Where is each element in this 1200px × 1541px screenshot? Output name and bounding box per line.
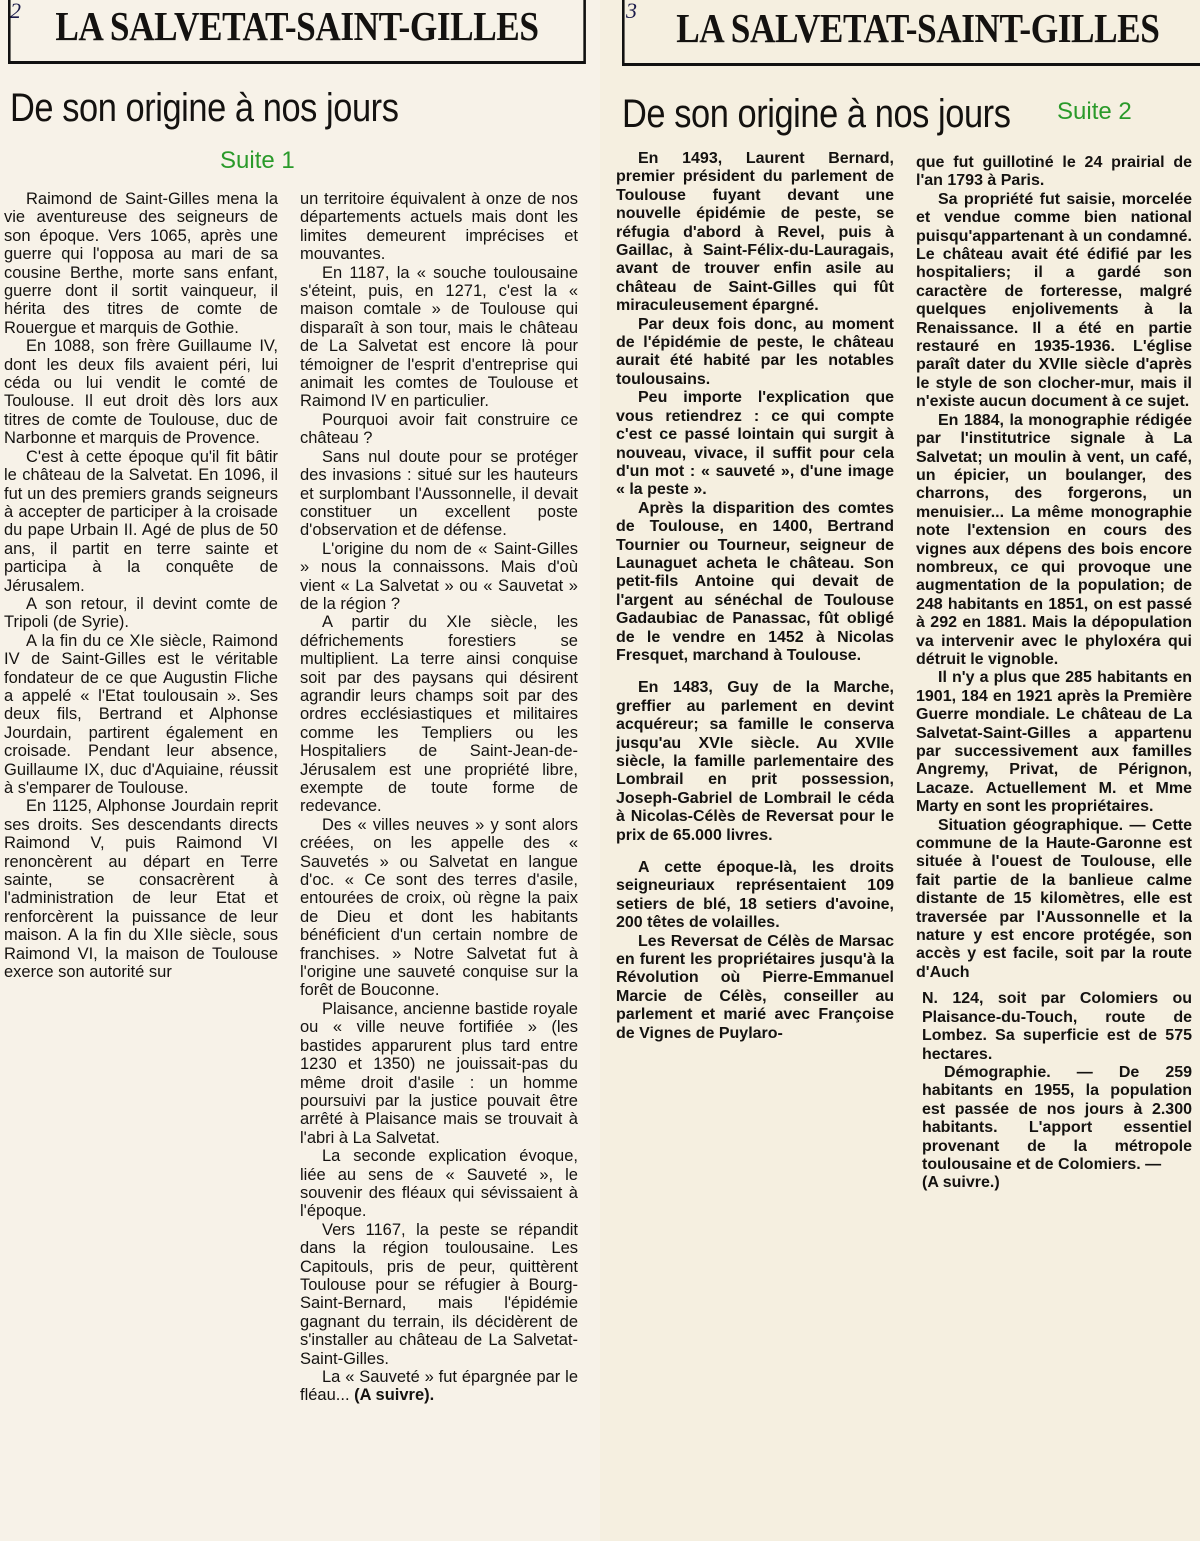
paragraph: En 1088, son frère Guillaume IV, dont le… <box>4 337 278 447</box>
paragraph: En 1483, Guy de la Marche, greffier au p… <box>616 679 894 845</box>
headline: De son origine à nos jours <box>622 92 1010 137</box>
paragraph: Les Reversat de Célès de Marsac en furen… <box>616 933 894 1043</box>
paragraph: Sa propriété fut saisie, morcelée et ven… <box>916 191 1192 412</box>
article-column-4: que fut guillotiné le 24 prairial de l'a… <box>916 154 1192 1193</box>
paragraph: Après la disparition des comtes de Toulo… <box>616 500 894 666</box>
suite-label: Suite 2 <box>1057 98 1132 126</box>
to-be-continued: (A suivre). <box>354 1386 434 1404</box>
paragraph: Plaisance, ancienne bastide royale ou « … <box>300 1000 578 1147</box>
paragraph: Raimond de Saint-Gilles mena la vie aven… <box>4 190 278 337</box>
paragraph: La « Sauveté » fut épargnée par le fléau… <box>300 1368 578 1405</box>
paragraph: A cette époque-là, les droits seigneuria… <box>616 859 894 933</box>
paragraph: N. 124, soit par Colomiers ou Plaisance-… <box>916 990 1192 1064</box>
paragraph: C'est à cette époque qu'il fit bâtir le … <box>4 448 278 595</box>
article-column-3: En 1493, Laurent Bernard, premier présid… <box>616 150 894 1043</box>
paragraph: En 1493, Laurent Bernard, premier présid… <box>616 150 894 316</box>
paragraph-text: La « Sauveté » fut épargnée par le fléau… <box>300 1368 578 1404</box>
paragraph: En 1125, Alphonse Jourdain reprit ses dr… <box>4 797 278 981</box>
paragraph: Démographie. — De 259 habitants en 1955,… <box>916 1064 1192 1174</box>
paragraph: un territoire équivalent à onze de nos d… <box>300 190 578 264</box>
paragraph: En 1187, la « souche toulousaine s'étein… <box>300 264 578 411</box>
paragraph: Situation géographique. — Cette commune … <box>916 817 1192 983</box>
paragraph: L'origine du nom de « Saint-Gilles » nou… <box>300 540 578 614</box>
section-heading-geography: Situation géographique. — <box>938 817 1146 834</box>
paragraph: A partir du XIe siècle, les défrichement… <box>300 613 578 815</box>
headline: De son origine à nos jours <box>10 86 398 131</box>
banner-title: LA SALVETAT-SAINT-GILLES <box>622 0 1200 66</box>
paragraph: La seconde explication évoque, liée au s… <box>300 1147 578 1221</box>
paragraph: Peu importe l'explication que vous retie… <box>616 389 894 499</box>
article-column-1: Raimond de Saint-Gilles mena la vie aven… <box>4 190 278 981</box>
article-column-2: un territoire équivalent à onze de nos d… <box>300 190 578 1405</box>
paragraph: Vers 1167, la peste se répandit dans la … <box>300 1221 578 1368</box>
banner-title: LA SALVETAT-SAINT-GILLES <box>8 0 586 64</box>
paragraph: Sans nul doute pour se protéger des inva… <box>300 448 578 540</box>
to-be-continued: (A suivre.) <box>916 1174 1192 1192</box>
right-clipping: 3 LA SALVETAT-SAINT-GILLES De son origin… <box>600 0 1200 1541</box>
paragraph: Par deux fois donc, au moment de l'épidé… <box>616 316 894 390</box>
paragraph: que fut guillotiné le 24 prairial de l'a… <box>916 154 1192 191</box>
paragraph-text: Cette commune de la Haute-Garonne est si… <box>916 817 1192 981</box>
left-clipping: 2 LA SALVETAT-SAINT-GILLES De son origin… <box>0 0 600 1541</box>
paragraph: En 1884, la monographie rédigée par l'in… <box>916 412 1192 670</box>
paragraph: A la fin du ce XIe siècle, Raimond IV de… <box>4 632 278 798</box>
paragraph: A son retour, il devint comte de Tripoli… <box>4 595 278 632</box>
section-heading-demography: Démographie. — <box>944 1064 1093 1081</box>
paragraph: Il n'y a plus que 285 habitants en 1901,… <box>916 669 1192 816</box>
paragraph: Des « villes neuves » y sont alors créée… <box>300 816 578 1000</box>
suite-label: Suite 1 <box>220 147 295 175</box>
paragraph: Pourquoi avoir fait construire ce châtea… <box>300 411 578 448</box>
